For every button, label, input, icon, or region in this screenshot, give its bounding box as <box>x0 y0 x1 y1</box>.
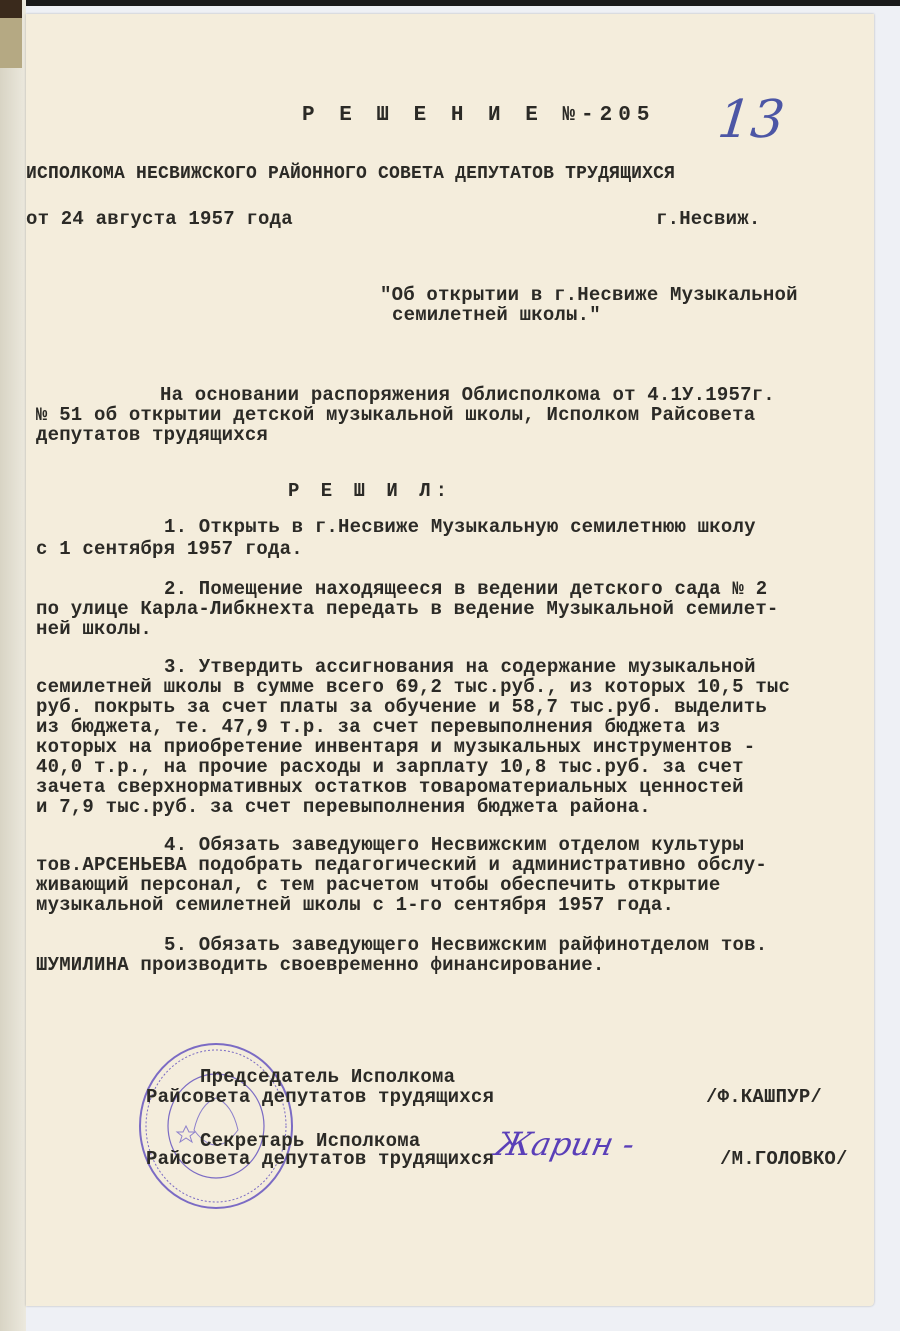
signature-role-line: Райсовета депутатов трудящихся <box>146 1086 494 1108</box>
item-3-line: 3. Утвердить ассигнования на содержание … <box>164 656 756 678</box>
item-1-line: 1. Открыть в г.Несвиже Музыкальную семил… <box>164 516 756 538</box>
item-4-line: живающий персонал, с тем расчетом чтобы … <box>36 874 721 896</box>
item-2-line: по улице Карла-Либкнехта передать в веде… <box>36 598 779 620</box>
document-title: Р Е Ш Е Н И Е №-205 <box>302 104 655 127</box>
item-3-line: которых на приобретение инвентаря и музы… <box>36 736 755 758</box>
signature-role-line: Председатель Исполкома <box>200 1066 455 1088</box>
subject-line: семилетней школы." <box>392 304 601 326</box>
binding-corner <box>0 0 22 18</box>
document-date: от 24 августа 1957 года <box>26 208 293 230</box>
item-2-line: 2. Помещение находящееся в ведении детск… <box>164 578 767 600</box>
folio-number: 13 <box>715 90 787 150</box>
item-4-line: 4. Обязать заведующего Несвижским отдело… <box>164 834 744 856</box>
item-3-line: семилетней школы в сумме всего 69,2 тыс.… <box>36 676 790 698</box>
item-4-line: тов.АРСЕНЬЕВА подобрать педагогический и… <box>36 854 767 876</box>
issuer-line: ИСПОЛКОМА НЕСВИЖСКОГО РАЙОННОГО СОВЕТА Д… <box>26 164 675 184</box>
item-3-line: руб. покрыть за счет платы за обучение и… <box>36 696 767 718</box>
preamble-line: депутатов трудящихся <box>36 424 268 446</box>
binding-strip <box>0 18 22 68</box>
handwritten-signature: Жарин - <box>492 1125 638 1163</box>
scan-top-edge <box>20 0 900 6</box>
binding-edge <box>0 0 26 1331</box>
item-5-line: ШУМИЛИНА производить своевременно финанс… <box>36 954 605 976</box>
signatory-name: /М.ГОЛОВКО/ <box>720 1148 848 1170</box>
preamble-line: № 51 об открытии детской музыкальной шко… <box>36 404 755 426</box>
signature-role-line: Райсовета депутатов трудящихся <box>146 1148 494 1170</box>
item-1-line: с 1 сентября 1957 года. <box>36 538 303 560</box>
item-3-line: 40,0 т.р., на прочие расходы и зарплату … <box>36 756 744 778</box>
item-5-line: 5. Обязать заведующего Несвижским райфин… <box>164 934 767 956</box>
signatory-name: /Ф.КАШПУР/ <box>706 1086 822 1108</box>
item-2-line: ней школы. <box>36 618 152 640</box>
item-4-line: музыкальной семилетней школы с 1-го сент… <box>36 894 674 916</box>
subject-line: "Об открытии в г.Несвиже Музыкальной <box>380 284 798 306</box>
document-place: г.Несвиж. <box>656 208 760 230</box>
item-3-line: и 7,9 тыс.руб. за счет перевыполнения бю… <box>36 796 651 818</box>
preamble-line: На основании распоряжения Облисполкома о… <box>160 384 775 406</box>
item-3-line: зачета сверхнормативных остатков товаром… <box>36 776 744 798</box>
decided-heading: Р Е Ш И Л: <box>288 480 452 502</box>
item-3-line: из бюджета, те. 47,9 т.р. за счет перевы… <box>36 716 721 738</box>
